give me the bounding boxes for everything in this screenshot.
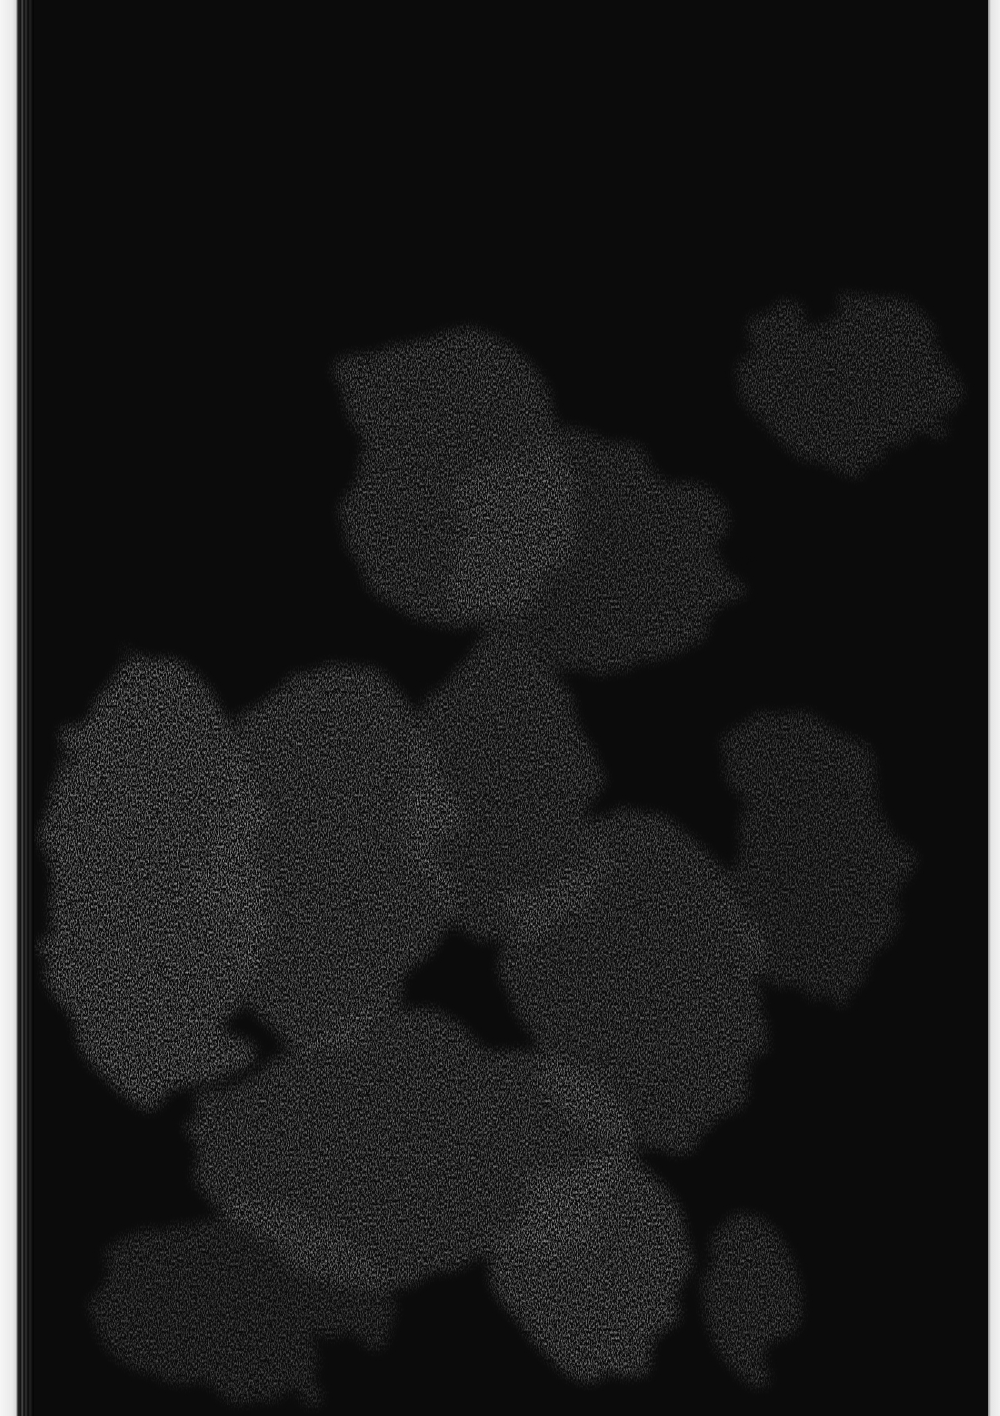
canvas-texture: [34, 0, 989, 1416]
page-binding-edge: [0, 0, 36, 1416]
painting-scan: Scanned page showing a very dark, heavil…: [34, 0, 989, 1416]
page-right-margin: [988, 0, 1000, 1416]
